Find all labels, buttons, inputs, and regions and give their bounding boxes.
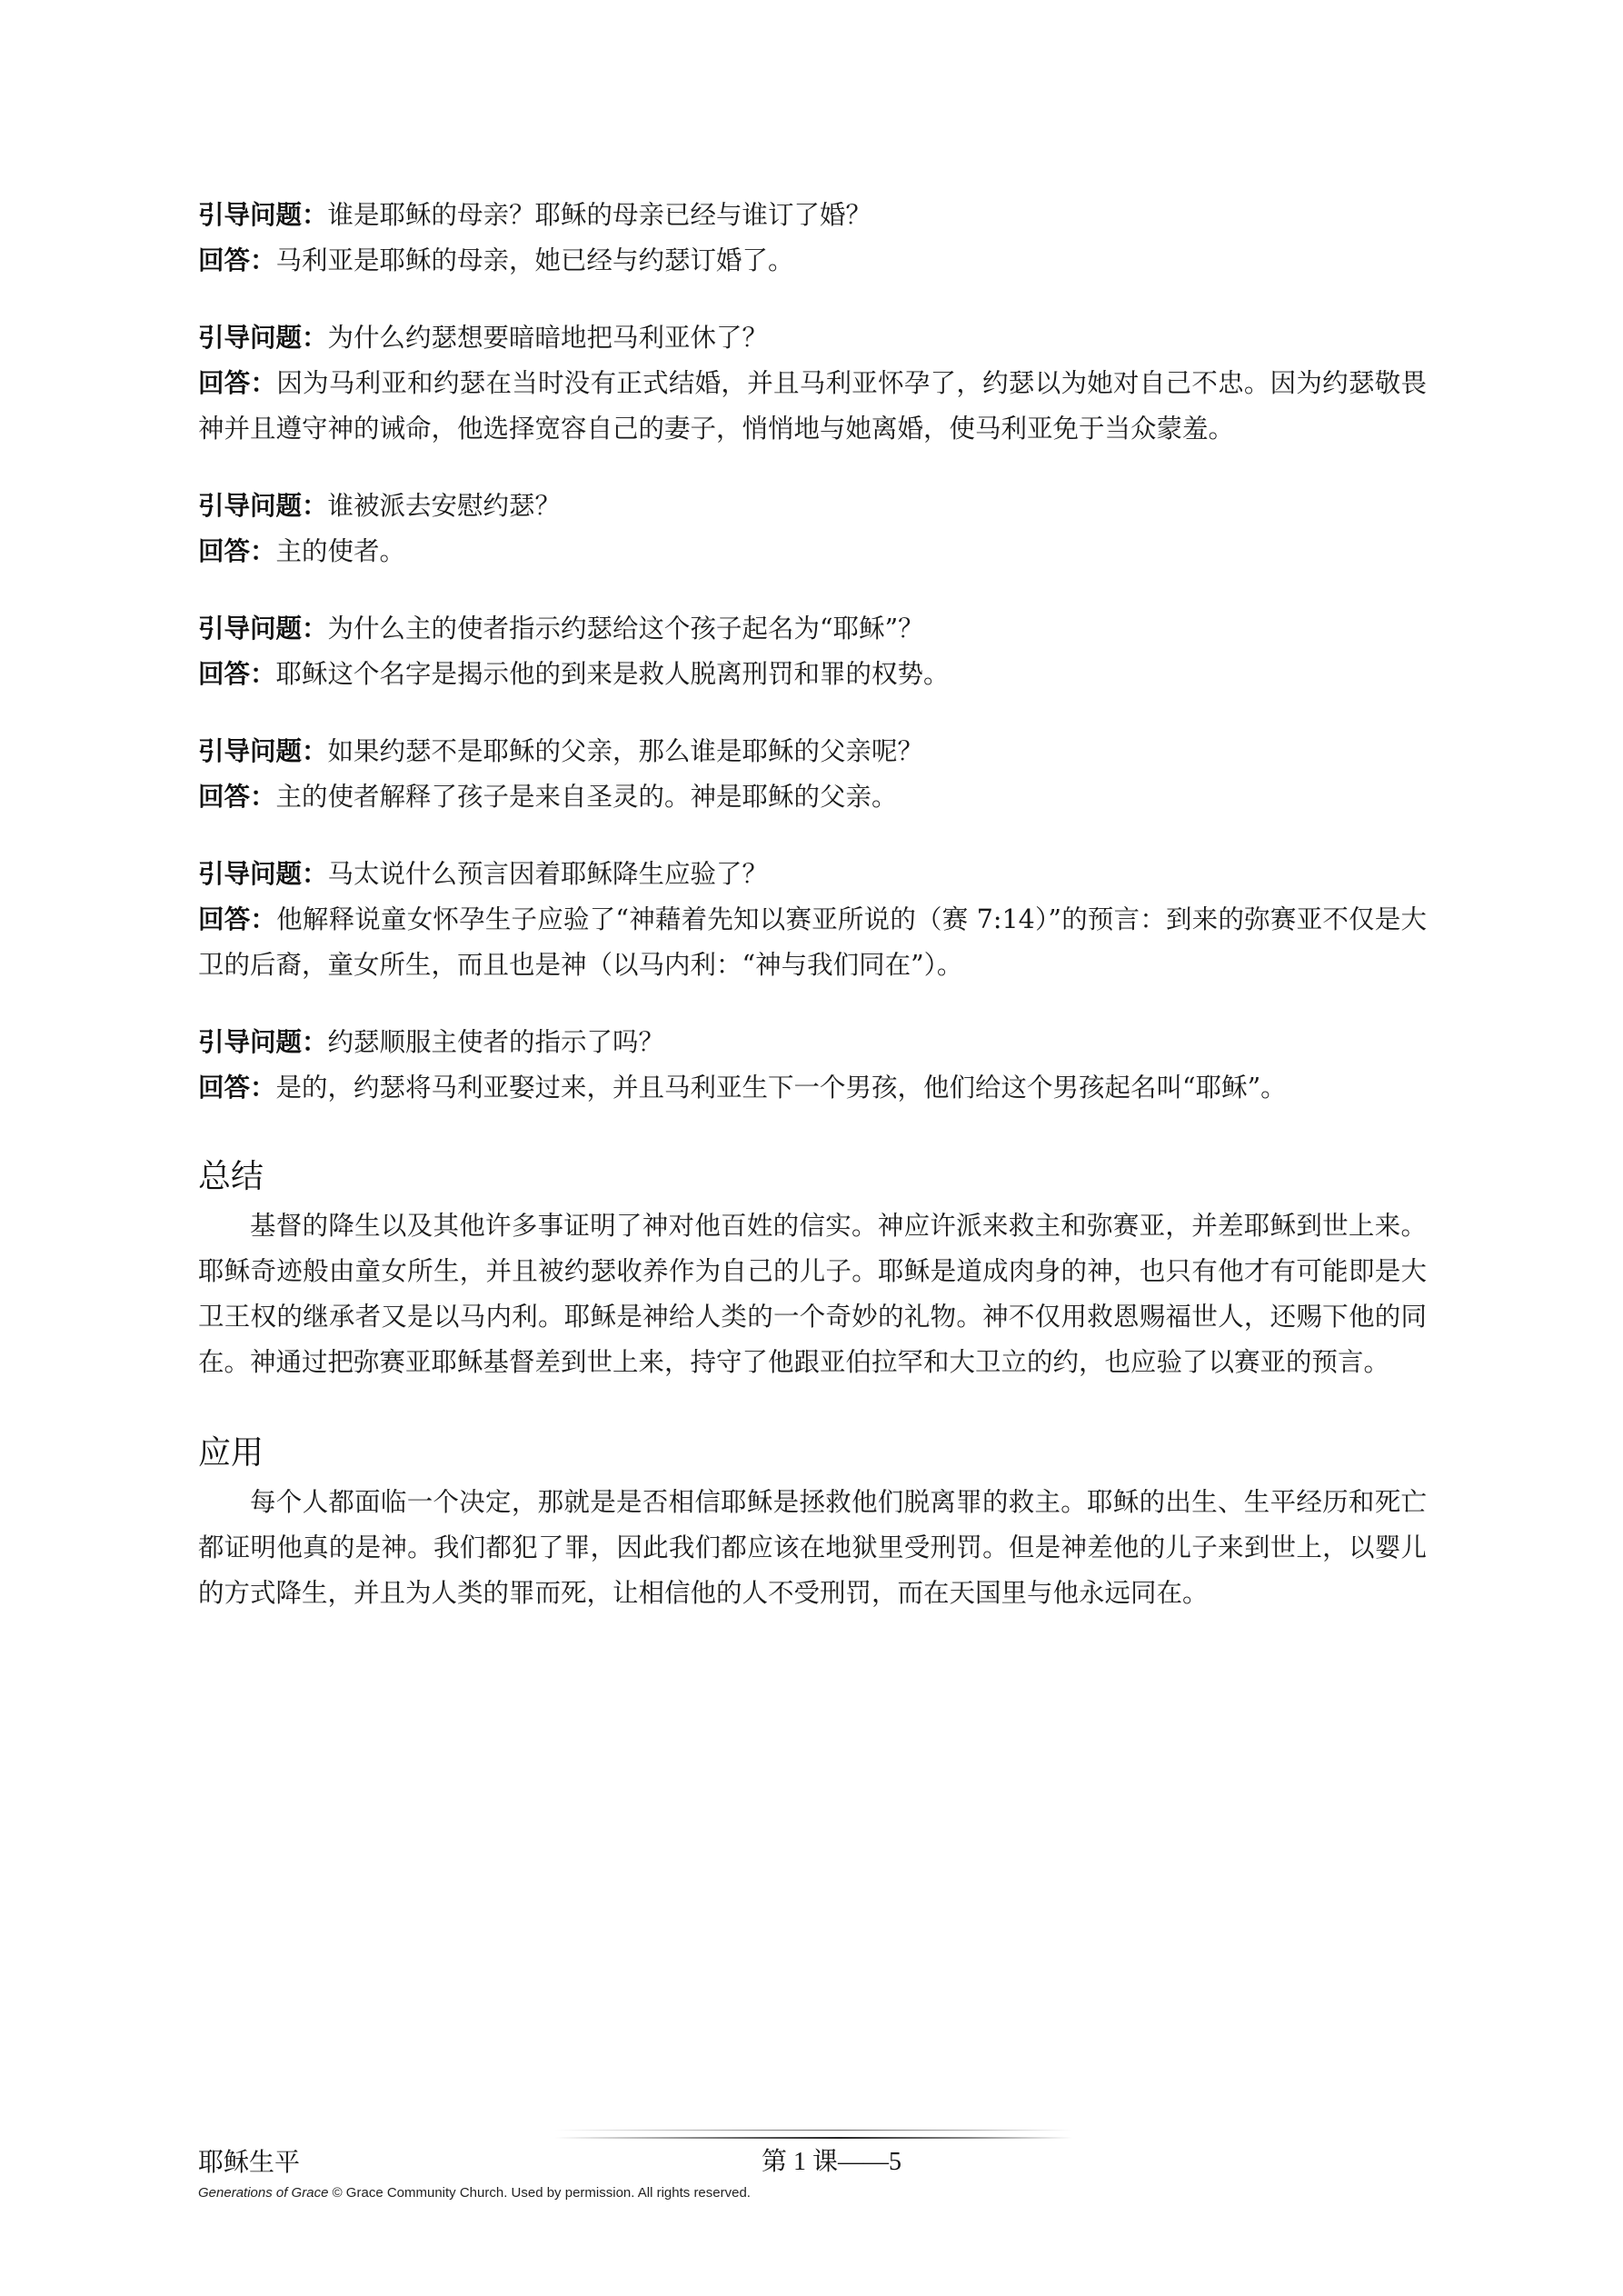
- answer-label: 回答：: [198, 245, 276, 275]
- application-heading: 应用: [198, 1431, 1427, 1476]
- qa-item-4: 引导问题：为什么主的使者指示约瑟给这个孩子起名为“耶稣”？ 回答：耶稣这个名字是…: [198, 606, 1427, 697]
- summary-section: 总结 基督的降生以及其他许多事证明了神对他百姓的信实。神应许派来救主和弥赛亚，并…: [198, 1154, 1427, 1385]
- summary-heading: 总结: [198, 1154, 1427, 1200]
- answer-line: 回答：他解释说童女怀孕生子应验了“神藉着先知以赛亚所说的（赛 7:14）”的预言…: [198, 897, 1427, 988]
- answer-label: 回答：: [198, 368, 276, 398]
- copyright-work-title: Generations of Grace: [198, 2185, 328, 2201]
- answer-line: 回答：耶稣这个名字是揭示他的到来是救人脱离刑罚和罪的权势。: [198, 652, 1427, 697]
- question-label: 引导问题：: [198, 323, 328, 353]
- question-text: 马太说什么预言因着耶稣降生应验了？: [328, 859, 769, 889]
- question-label: 引导问题：: [198, 859, 328, 889]
- question-text: 为什么约瑟想要暗暗地把马利亚休了？: [328, 323, 769, 353]
- question-line: 引导问题：谁被派去安慰约瑟？: [198, 484, 1427, 529]
- question-text: 谁是耶稣的母亲？耶稣的母亲已经与谁订了婚？: [328, 200, 872, 230]
- answer-text: 主的使者。: [276, 536, 406, 566]
- answer-label: 回答：: [198, 904, 276, 934]
- question-label: 引导问题：: [198, 200, 328, 230]
- answer-line: 回答：主的使者。: [198, 529, 1427, 574]
- answer-label: 回答：: [198, 659, 276, 689]
- question-text: 为什么主的使者指示约瑟给这个孩子起名为“耶稣”？: [328, 614, 924, 644]
- qa-item-1: 引导问题：谁是耶稣的母亲？耶稣的母亲已经与谁订了婚？ 回答：马利亚是耶稣的母亲，…: [198, 193, 1427, 284]
- footer-page-number: 第 1 课——5: [762, 2146, 901, 2179]
- footer-copyright: Generations of Grace © Grace Community C…: [198, 2184, 751, 2202]
- page-content: 引导问题：谁是耶稣的母亲？耶稣的母亲已经与谁订了婚？ 回答：马利亚是耶稣的母亲，…: [198, 193, 1427, 1616]
- question-label: 引导问题：: [198, 1027, 328, 1057]
- question-line: 引导问题：为什么约瑟想要暗暗地把马利亚休了？: [198, 315, 1427, 361]
- answer-label: 回答：: [198, 782, 276, 812]
- answer-label: 回答：: [198, 1073, 276, 1103]
- question-line: 引导问题：如果约瑟不是耶稣的父亲，那么谁是耶稣的父亲呢？: [198, 729, 1427, 774]
- application-paragraph: 每个人都面临一个决定，那就是是否相信耶稣是拯救他们脱离罪的救主。耶稣的出生、生平…: [198, 1480, 1427, 1616]
- answer-text: 是的，约瑟将马利亚娶过来，并且马利亚生下一个男孩，他们给这个男孩起名叫“耶稣”。: [276, 1073, 1287, 1103]
- question-label: 引导问题：: [198, 736, 328, 766]
- answer-line: 回答：因为马利亚和约瑟在当时没有正式结婚，并且马利亚怀孕了，约瑟以为她对自己不忠…: [198, 361, 1427, 452]
- question-line: 引导问题：马太说什么预言因着耶稣降生应验了？: [198, 852, 1427, 897]
- answer-text: 因为马利亚和约瑟在当时没有正式结婚，并且马利亚怀孕了，约瑟以为她对自己不忠。因为…: [198, 368, 1427, 444]
- question-line: 引导问题：约瑟顺服主使者的指示了吗？: [198, 1020, 1427, 1065]
- answer-line: 回答：马利亚是耶稣的母亲，她已经与约瑟订婚了。: [198, 238, 1427, 284]
- question-line: 引导问题：为什么主的使者指示约瑟给这个孩子起名为“耶稣”？: [198, 606, 1427, 652]
- qa-item-5: 引导问题：如果约瑟不是耶稣的父亲，那么谁是耶稣的父亲呢？ 回答：主的使者解释了孩…: [198, 729, 1427, 820]
- question-text: 谁被派去安慰约瑟？: [328, 491, 562, 521]
- answer-text: 马利亚是耶稣的母亲，她已经与约瑟订婚了。: [276, 245, 794, 275]
- answer-label: 回答：: [198, 536, 276, 566]
- question-label: 引导问题：: [198, 614, 328, 644]
- footer-book-title: 耶稣生平: [198, 2146, 300, 2179]
- qa-item-3: 引导问题：谁被派去安慰约瑟？ 回答：主的使者。: [198, 484, 1427, 574]
- document-page: 引导问题：谁是耶稣的母亲？耶稣的母亲已经与谁订了婚？ 回答：马利亚是耶稣的母亲，…: [0, 0, 1623, 2296]
- question-label: 引导问题：: [198, 491, 328, 521]
- application-section: 应用 每个人都面临一个决定，那就是是否相信耶稣是拯救他们脱离罪的救主。耶稣的出生…: [198, 1431, 1427, 1616]
- answer-text: 耶稣这个名字是揭示他的到来是救人脱离刑罚和罪的权势。: [276, 659, 950, 689]
- qa-item-2: 引导问题：为什么约瑟想要暗暗地把马利亚休了？ 回答：因为马利亚和约瑟在当时没有正…: [198, 315, 1427, 452]
- answer-text: 他解释说童女怀孕生子应验了“神藉着先知以赛亚所说的（赛 7:14）”的预言：到来…: [198, 904, 1427, 980]
- footer-divider: [554, 2137, 1072, 2139]
- footer-divider: [554, 2130, 1072, 2131]
- question-text: 如果约瑟不是耶稣的父亲，那么谁是耶稣的父亲呢？: [328, 736, 924, 766]
- copyright-notice: © Grace Community Church. Used by permis…: [328, 2185, 751, 2201]
- answer-line: 回答：是的，约瑟将马利亚娶过来，并且马利亚生下一个男孩，他们给这个男孩起名叫“耶…: [198, 1065, 1427, 1111]
- answer-line: 回答：主的使者解释了孩子是来自圣灵的。神是耶稣的父亲。: [198, 774, 1427, 820]
- answer-text: 主的使者解释了孩子是来自圣灵的。神是耶稣的父亲。: [276, 782, 898, 812]
- qa-item-7: 引导问题：约瑟顺服主使者的指示了吗？ 回答：是的，约瑟将马利亚娶过来，并且马利亚…: [198, 1020, 1427, 1111]
- summary-paragraph: 基督的降生以及其他许多事证明了神对他百姓的信实。神应许派来救主和弥赛亚，并差耶稣…: [198, 1203, 1427, 1385]
- question-text: 约瑟顺服主使者的指示了吗？: [328, 1027, 665, 1057]
- qa-item-6: 引导问题：马太说什么预言因着耶稣降生应验了？ 回答：他解释说童女怀孕生子应验了“…: [198, 852, 1427, 988]
- question-line: 引导问题：谁是耶稣的母亲？耶稣的母亲已经与谁订了婚？: [198, 193, 1427, 238]
